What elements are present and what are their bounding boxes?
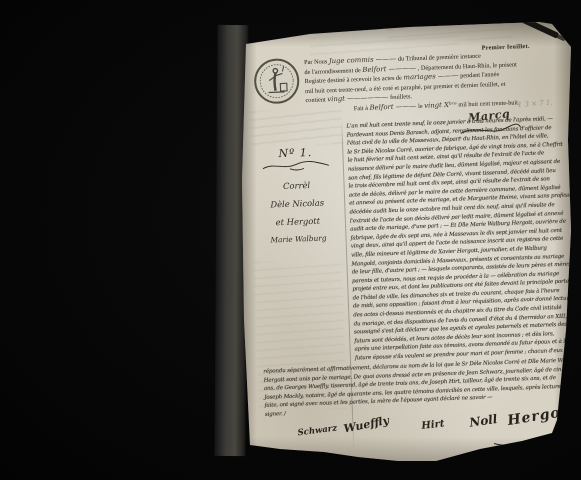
- handwritten-fill: Belfort ———: [369, 102, 416, 112]
- printed-text: Par Nous: [304, 58, 329, 66]
- margin-names: CorrèlDèle Nicolaset HergottMarie Walbur…: [250, 175, 345, 250]
- page-content: Premier feuillet. 1 3 × 7 1. Par Nous Ju…: [239, 20, 581, 462]
- witness-signature: Noll: [468, 412, 498, 430]
- handwritten-fill: Belfort ————: [362, 64, 416, 74]
- printed-text: pendant l'année: [458, 71, 499, 79]
- register-page: Premier feuillet. 1 3 × 7 1. Par Nous Ju…: [240, 20, 574, 468]
- witness-signature: Hirt: [421, 418, 445, 431]
- margin-annotation: Nº 1. CorrèlDèle Nicolaset HergottMarie …: [249, 145, 345, 250]
- margin-flourish: [260, 159, 332, 172]
- bleed-through-mark: [249, 105, 343, 149]
- printed-header: Par Nous Juge commis ——— du Tribunal de …: [304, 49, 558, 106]
- archive-scan-viewer: Premier feuillet. 1 3 × 7 1. Par Nous Ju…: [0, 0, 581, 480]
- corner-fold-mark: [528, 21, 566, 41]
- act-body: L'an mil huit cent trente neuf, le onze …: [346, 115, 573, 363]
- handwritten-fill: mariages ———: [403, 72, 458, 82]
- printed-text: Fait à: [354, 105, 370, 113]
- printed-text: feuillets.: [388, 93, 412, 101]
- signature-flourish: [492, 426, 579, 451]
- pencil-note: 1 3 × 7 1.: [517, 98, 552, 108]
- printed-text: de l'arrondissement de: [304, 67, 362, 76]
- printed-text: mil huit cent trente-huit.: [457, 99, 520, 108]
- witness-signature: Schwarz: [297, 424, 338, 439]
- bleed-through-mark: [387, 24, 513, 43]
- printed-text: contient: [305, 96, 327, 104]
- witness-signature: Wueffly: [343, 414, 391, 436]
- margin-name-line: Marie Walburg: [252, 229, 345, 250]
- tribunal-seal-icon: [252, 56, 302, 106]
- handwritten-fill: vingt Xᵇʳᵉ: [424, 101, 457, 110]
- handwritten-fill: vingt ——————: [327, 93, 389, 103]
